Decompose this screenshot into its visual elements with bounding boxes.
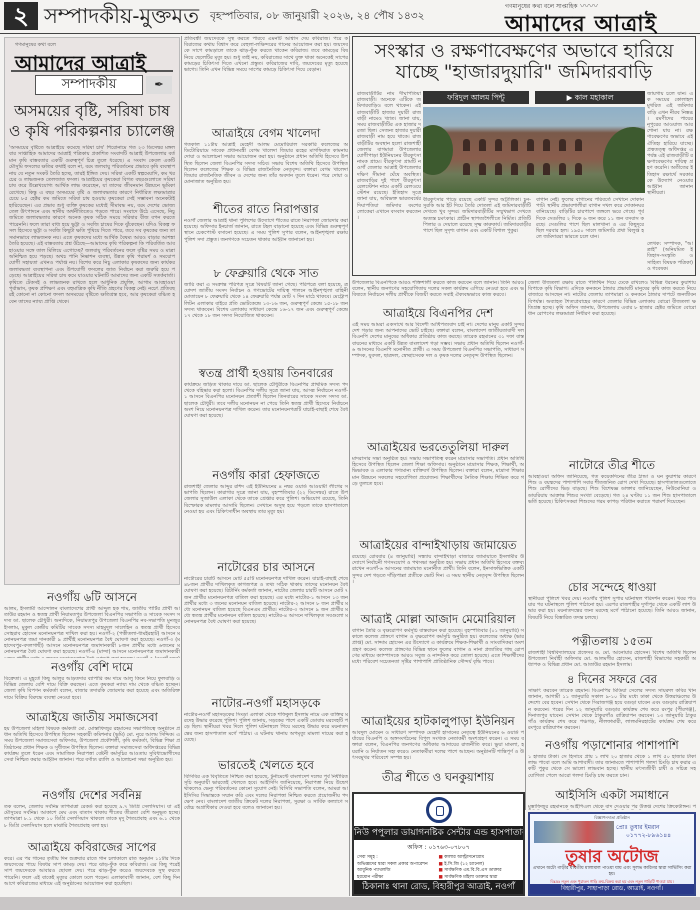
auto-address: বিহারীপুর, সাহাপাড়া রোড, আত্রাই, নওগাঁ। xyxy=(530,884,694,894)
editorial-label: সম্পাদকীয় ✒ xyxy=(35,75,143,95)
hospital-phone: অফিস : ০১৭৬৩-০৭৮০৭ xyxy=(354,842,523,853)
masthead: ২ সম্পাদকীয়-মুক্তমত বৃহস্পতিবার, ০৮ জান… xyxy=(0,0,700,34)
feature-column-1: রাজবাড়ীটির নাম দীঘাপতিয়া রাজবাড়ী। অনে… xyxy=(357,91,421,273)
column-2: প্রতিবন্ধী জয়দেবকে সুস্থ করতে পারবে এমন… xyxy=(184,36,348,896)
auto-shop-advertisement: বিজ্ঞাপনদাতা প্রতিষ্ঠান প্রোঃ তুষার ইমরা… xyxy=(528,812,696,896)
dateline: বৃহস্পতিবার, ০৮ জানুয়ারী ২০২৬, ২৪ পৌষ ১… xyxy=(210,9,424,26)
article-body: তক বলেন, জেলায় সর্বনিম্ন তাপমাত্রা রেকর… xyxy=(4,804,180,838)
article-continuation: জেলা বীজতলা রক্ষায় রাতে পলিথিন দিয়ে ঢে… xyxy=(528,280,696,456)
article-body: বিসিবির এক বিবৃতিতে নিশ্চিত করা হয়েছে, … xyxy=(184,774,348,884)
article-heading: ৮ ফেব্রুয়ারি থেকে সাত xyxy=(184,266,348,281)
article-heading: নওগাঁয় দেশের সর্বনিম্ন xyxy=(4,788,180,803)
feature-column-2: বীরকুৎসার পাড়ে রয়েছে একটি সুন্দর অট্টা… xyxy=(423,197,531,273)
article-body: গতকাল ১১টায় আত্রাই মেহেদী আলম মেমোরিয়া… xyxy=(184,142,348,200)
article-heading: শীতের রাতে নিরাপত্তার xyxy=(184,202,348,217)
article-heading: নাটোর-নওগাঁ মহাসড়কে xyxy=(184,696,348,711)
palace-photo xyxy=(423,107,645,193)
service-item: সার্বক্ষণিক এম.বি.বি.এস ডাক্তার xyxy=(439,868,502,873)
article-heading: নওগাঁয় পড়াশোনার পাশাপাশি xyxy=(528,738,696,753)
hospital-advertisement: নিউ পপুলার ডায়াগনষ্টিক সেন্টার এন্ড হাস… xyxy=(352,792,525,896)
article-continuation: উপজেলার বিএনপিকে আরও শক্তিশালী করতে কাজ … xyxy=(352,280,524,304)
article-heading: আত্রাই মোল্লা আজাদ মেমোরিয়াল xyxy=(352,612,524,627)
article-heading: আত্রাইয়ের হাটকালুপাড়া ইউনিয়ন xyxy=(352,714,524,729)
article-heading: নাটোরে তীব্র শীতে xyxy=(528,458,696,473)
article-body: মাদরাসার সভা অনুষ্ঠিত হয়। সভায় সভাপতিত… xyxy=(352,456,524,536)
article-body: নাটোর-নওগাঁ মহাসড়কের সিংড়া এলাকা থেকে … xyxy=(184,712,348,756)
article-heading: আত্রাইয়ে কবিরাজের সাপের xyxy=(4,840,180,855)
article-heading: আত্রাইয়ে বেগম খালেদা xyxy=(184,126,348,141)
tree-shape xyxy=(423,125,453,175)
editorial-body: 'অসময়ের বৃষ্টিতে আত্রাইয়ে কমেছে সরিষা … xyxy=(5,145,179,575)
service-item: কালার আল্ট্রাসনোগ্রাম xyxy=(439,855,484,860)
author-note: লেখক: সম্পাদক, "আত্রাই" (অনিয়মিত ইতিহাস… xyxy=(647,241,693,272)
article-body: এই সময় আমরা একসাথে আর বিদেশী আধিপত্যবাদ… xyxy=(352,322,524,438)
article-heading: ৪ দিনের সফরে বের xyxy=(528,672,696,687)
feature-article: সংস্কার ও রক্ষণাবেক্ষণের অভাবে হারিয়ে য… xyxy=(352,36,696,276)
section-title: সম্পাদকীয়-মুক্তমত xyxy=(44,2,199,30)
article-heading: পত্নীতলায় ১৫তম xyxy=(528,634,696,649)
article-heading: নওগাঁয় বেশি দামে xyxy=(4,660,180,675)
article-heading: আত্রাইয়ে জাতীয় সমাজসেবা xyxy=(4,710,180,725)
article-heading: আত্রাইয়ের বান্দাইখাড়ায় জামায়েত xyxy=(352,538,524,553)
feature-column-3: বাগান নেই। ফুলের বাগানের পরিবর্তে সেখানে… xyxy=(536,197,644,273)
editorial-headline: অসময়ের বৃষ্টি, সরিষা চাষ ও কৃষি পরিকল্প… xyxy=(7,101,177,141)
editorial-logo: গণমানুষের কথা বলে আমাদের আত্রাই xyxy=(11,42,173,72)
article-heading: নাটোরের চার আসনে xyxy=(184,560,348,575)
column-divider xyxy=(525,280,526,810)
article-body: নাটোরের চারটি আসনে মোট ৫৫টি মনোনয়নপত্র … xyxy=(184,576,348,694)
article-heading: আত্রাইয়ের ভরতেতুলিয়া দারুল xyxy=(352,440,524,455)
article-body: রাজশাহী জেলার আব্দুর রশিদ এই ইউনিয়নের ৪… xyxy=(184,484,348,558)
feature-series-label: ▶ কাল মহাকাল xyxy=(535,91,645,104)
service-item: ই.সি.জি (১২ চ্যানেল) xyxy=(439,862,485,867)
article-body: আবদুল মোমেন ও সাধারণ সম্পাদক মেহেদী হাসা… xyxy=(352,730,524,768)
article-body: হয় উপজেলা মহিলা বিষয়ক কর্মকর্তা মো. মো… xyxy=(4,726,180,786)
article-body: বাগান তৈরি ও বৃক্ষরোপণ কর্মসূচি বাস্তবায… xyxy=(352,628,524,712)
newspaper-logo: গণমানুষের কথা বলে সাপ্তাহিক 〰︎〰︎ আমাদের … xyxy=(505,1,695,31)
auto-parts-image xyxy=(534,821,614,843)
editorial-label-text: সম্পাদকীয় xyxy=(62,77,117,92)
article-heading: আইসিসি একটা সমাধানে xyxy=(528,788,696,803)
article-body: জারি করা এ সংক্রান্ত পরিপত্র সূত্রে বিষয… xyxy=(184,282,348,364)
article-body: রয়েছে। রোববার (৪ জানুয়ারি) সন্ধ্যায় ব… xyxy=(352,554,524,610)
article-heading: নওগাঁয় ৬টি আসনে xyxy=(4,590,180,605)
column-3: উপজেলার বিএনপিকে আরও শক্তিশালী করতে কাজ … xyxy=(352,280,524,792)
article-heading: ভারতেই খেলতে হবে xyxy=(184,758,348,773)
feature-column-4: জায়গায় চলে যান। এক সময়ের কোলাহল মুখরি… xyxy=(647,91,693,273)
auto-description: এখানে অটো গাড়ীর যাবতীয় মালামাল পাওয়া … xyxy=(530,866,694,878)
article-body: আবহাওয়া অফিস জানিয়েছে, গত কয়েকদিনের ত… xyxy=(528,474,696,578)
article-body: বিক্রেতা। এ মুহূর্তে কিছু আলুর আড়তদার ব… xyxy=(4,676,180,708)
column-1-lower: নওগাঁয় ৬টি আসনে আলম, ইসলামী আন্দোলন বাং… xyxy=(4,588,180,896)
article-heading: আত্রাইয়ে বিএনপির দেশ xyxy=(352,306,524,321)
newspaper-page: ২ সম্পাদকীয়-মুক্তমত বৃহস্পতিবার, ০৮ জান… xyxy=(0,0,700,897)
article-body: করে। এর পর গানের তৃতীয় দিন শুক্রবার রাত… xyxy=(4,856,180,890)
article-body: রাজশাহী বিশ্ববিদ্যালয়ের প্রফেসর ড. মো. … xyxy=(528,650,696,670)
tree-shape xyxy=(603,127,645,193)
article-body: মুস্তাফিজুর রহমানকে আইপিএল থেকে বাদ দেওয… xyxy=(528,804,696,810)
article-body: কার্যক্রমে জড়িত থাকার দায়ে ডা. ছালেক চ… xyxy=(184,382,348,466)
article-heading: স্বতন্ত্র প্রার্থী হওয়ায় তিনবারের xyxy=(184,366,348,381)
feature-byline: ফরিদুল আলম পিন্টু xyxy=(423,91,529,104)
column-divider xyxy=(349,36,350,896)
medical-logo-icon xyxy=(426,797,452,823)
pen-icon: ✒ xyxy=(146,76,172,94)
series-label-text: কাল মহাকাল xyxy=(575,93,614,102)
column-4: জেলা বীজতলা রক্ষায় রাতে পলিথিন দিয়ে ঢে… xyxy=(528,280,696,810)
article-body: স্থানীয়রা পুলিশে খবর দেয়। নওগাঁর পুলিশ… xyxy=(528,596,696,632)
page-bottom-edge xyxy=(0,897,700,910)
article-body: ১ হাজার টাকা। সে হিসাবে প্রায় ১ লাখ ২০ … xyxy=(528,754,696,786)
hospital-name: নিউ পপুলার ডায়াগনষ্টিক সেন্টার এন্ড হাস… xyxy=(354,826,523,840)
page-number: ২ xyxy=(4,2,38,30)
feature-column-4-text: জায়গায় চলে যান। এক সময়ের কোলাহল মুখরি… xyxy=(647,91,693,241)
article-continuation: প্রতিবন্ধী জয়দেবকে সুস্থ করতে পারবে এমন… xyxy=(184,36,348,124)
article-heading: তীব্র শীতে ও ঘনকুয়াশায় xyxy=(352,770,524,785)
article-body: সাক্ষাৎ করবেন তারেক রহমান। বিএনপির মিডিয… xyxy=(528,688,696,736)
article-heading: চোর সন্দেহে ধাওয়া xyxy=(528,580,696,595)
editorial-box: গণমানুষের কথা বলে আমাদের আত্রাই সম্পাদকী… xyxy=(4,37,180,585)
article-heading: নওগাঁয় কারা হেফাজতে xyxy=(184,468,348,483)
article-body: নওগাঁ জেলার আত্রাই থানা পুলিশের উদ্যোগে … xyxy=(184,218,348,264)
feature-headline: সংস্কার ও রক্ষণাবেক্ষণের অভাবে হারিয়ে য… xyxy=(353,41,695,83)
column-divider xyxy=(181,36,182,896)
auto-phone: ০১৭৭২-৮৯৬১৪৪ xyxy=(626,830,671,841)
play-icon: ▶ xyxy=(567,93,575,102)
hospital-address: ঠিকানাঃ থানা রোড, বিহারীপুর আত্রাই, নওগা… xyxy=(354,880,523,894)
article-body: আলম, ইসলামী আন্দোলন বাংলাদেশের প্রার্থী … xyxy=(4,606,180,658)
